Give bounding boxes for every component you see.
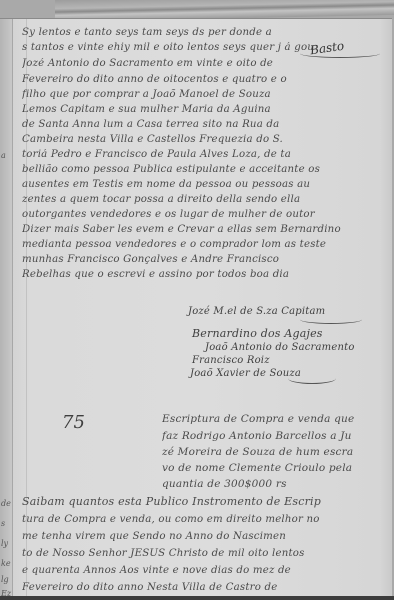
signature: Joaõ Xavier de Souza — [190, 368, 301, 379]
text-line: Saibam quantos esta Publico Instromento … — [22, 495, 387, 508]
entry-number: 75 — [62, 412, 85, 433]
text-line: filho que por comprar a Joaõ Manoel de S… — [22, 89, 387, 100]
manuscript-page: Basto Sy lentos e tanto seys tam seys ds… — [0, 18, 392, 598]
entry-title-line: zé Moreira de Souza de hum escra — [162, 446, 387, 458]
text-line: Jozé Antonio do Sacramento em vinte e oi… — [22, 58, 387, 69]
text-line: Lemos Capitam e sua mulher Maria da Agui… — [22, 104, 387, 115]
margin-fragment: ke — [1, 559, 11, 568]
signature-flourish — [288, 373, 336, 384]
scan-bottom-edge — [0, 596, 394, 600]
margin-fragment: a — [1, 151, 6, 160]
signature: Bernardino dos Agajes — [192, 327, 323, 340]
entry-title-line: faz Rodrigo Antonio Barcellos a Ju — [162, 430, 387, 442]
text-line: munhas Francisco Gonçalves e Andre Franc… — [22, 254, 387, 265]
entry-title-line: vo de nome Clemente Crioulo pela — [162, 462, 387, 474]
entry-title-line: Escriptura de Compra e venda que — [162, 413, 387, 425]
signature: Francisco Roiz — [192, 355, 270, 366]
text-line: Rebelhas que o escrevi e assino por todo… — [22, 269, 387, 280]
text-line: s tantos e vinte ehiy mil e oito lentos … — [22, 42, 312, 53]
text-line: me tenha virem que Sendo no Anno do Nasc… — [22, 531, 387, 542]
document-scan: Basto Sy lentos e tanto seys tam seys ds… — [0, 0, 394, 600]
text-line: toriá Pedro e Francisco de Paula Alves L… — [22, 149, 387, 160]
text-line: Dizer mais Saber les evem e Crevar a ell… — [22, 224, 387, 235]
text-line: to de Nosso Senhor JESUS Christo de mil … — [22, 548, 387, 559]
margin-fragment: s — [1, 519, 5, 528]
text-line: bellião como pessoa Publica estipulante … — [22, 164, 387, 175]
margin-fragment: de — [1, 499, 11, 508]
text-line: Sy lentos e tanto seys tam seys ds per d… — [22, 27, 387, 38]
entry-title-line: quantia de 300$000 rs — [162, 478, 387, 490]
text-line: zentes a quem tocar possa a direito dell… — [22, 194, 387, 205]
text-line: medianta pessoa vendedores e o comprador… — [22, 239, 387, 250]
text-line: Fevereiro do dito anno de oitocentos e q… — [22, 74, 387, 85]
text-line: e quarenta Annos Aos vinte e nove dias d… — [22, 565, 387, 576]
text-line: tura de Compra e venda, ou como em direi… — [22, 514, 387, 525]
text-line: Fevereiro do dito anno Nesta Villa de Ca… — [22, 582, 387, 593]
margin-fragment: lg — [1, 575, 9, 584]
text-line: outorgantes vendedores e os lugar de mul… — [22, 209, 387, 220]
text-line: ausentes em Testis em nome da pessoa ou … — [22, 179, 387, 190]
binding-gutter — [0, 19, 13, 598]
signature-flourish — [300, 49, 380, 58]
signature: Joaõ Antonio do Sacramento — [205, 342, 355, 353]
signature-flourish — [300, 315, 362, 324]
text-line: Cambeira nesta Villa e Castellos Frequez… — [22, 134, 387, 145]
margin-fragment: ly — [1, 539, 8, 548]
text-line: de Santa Anna lum a Casa terrea sito na … — [22, 119, 387, 130]
